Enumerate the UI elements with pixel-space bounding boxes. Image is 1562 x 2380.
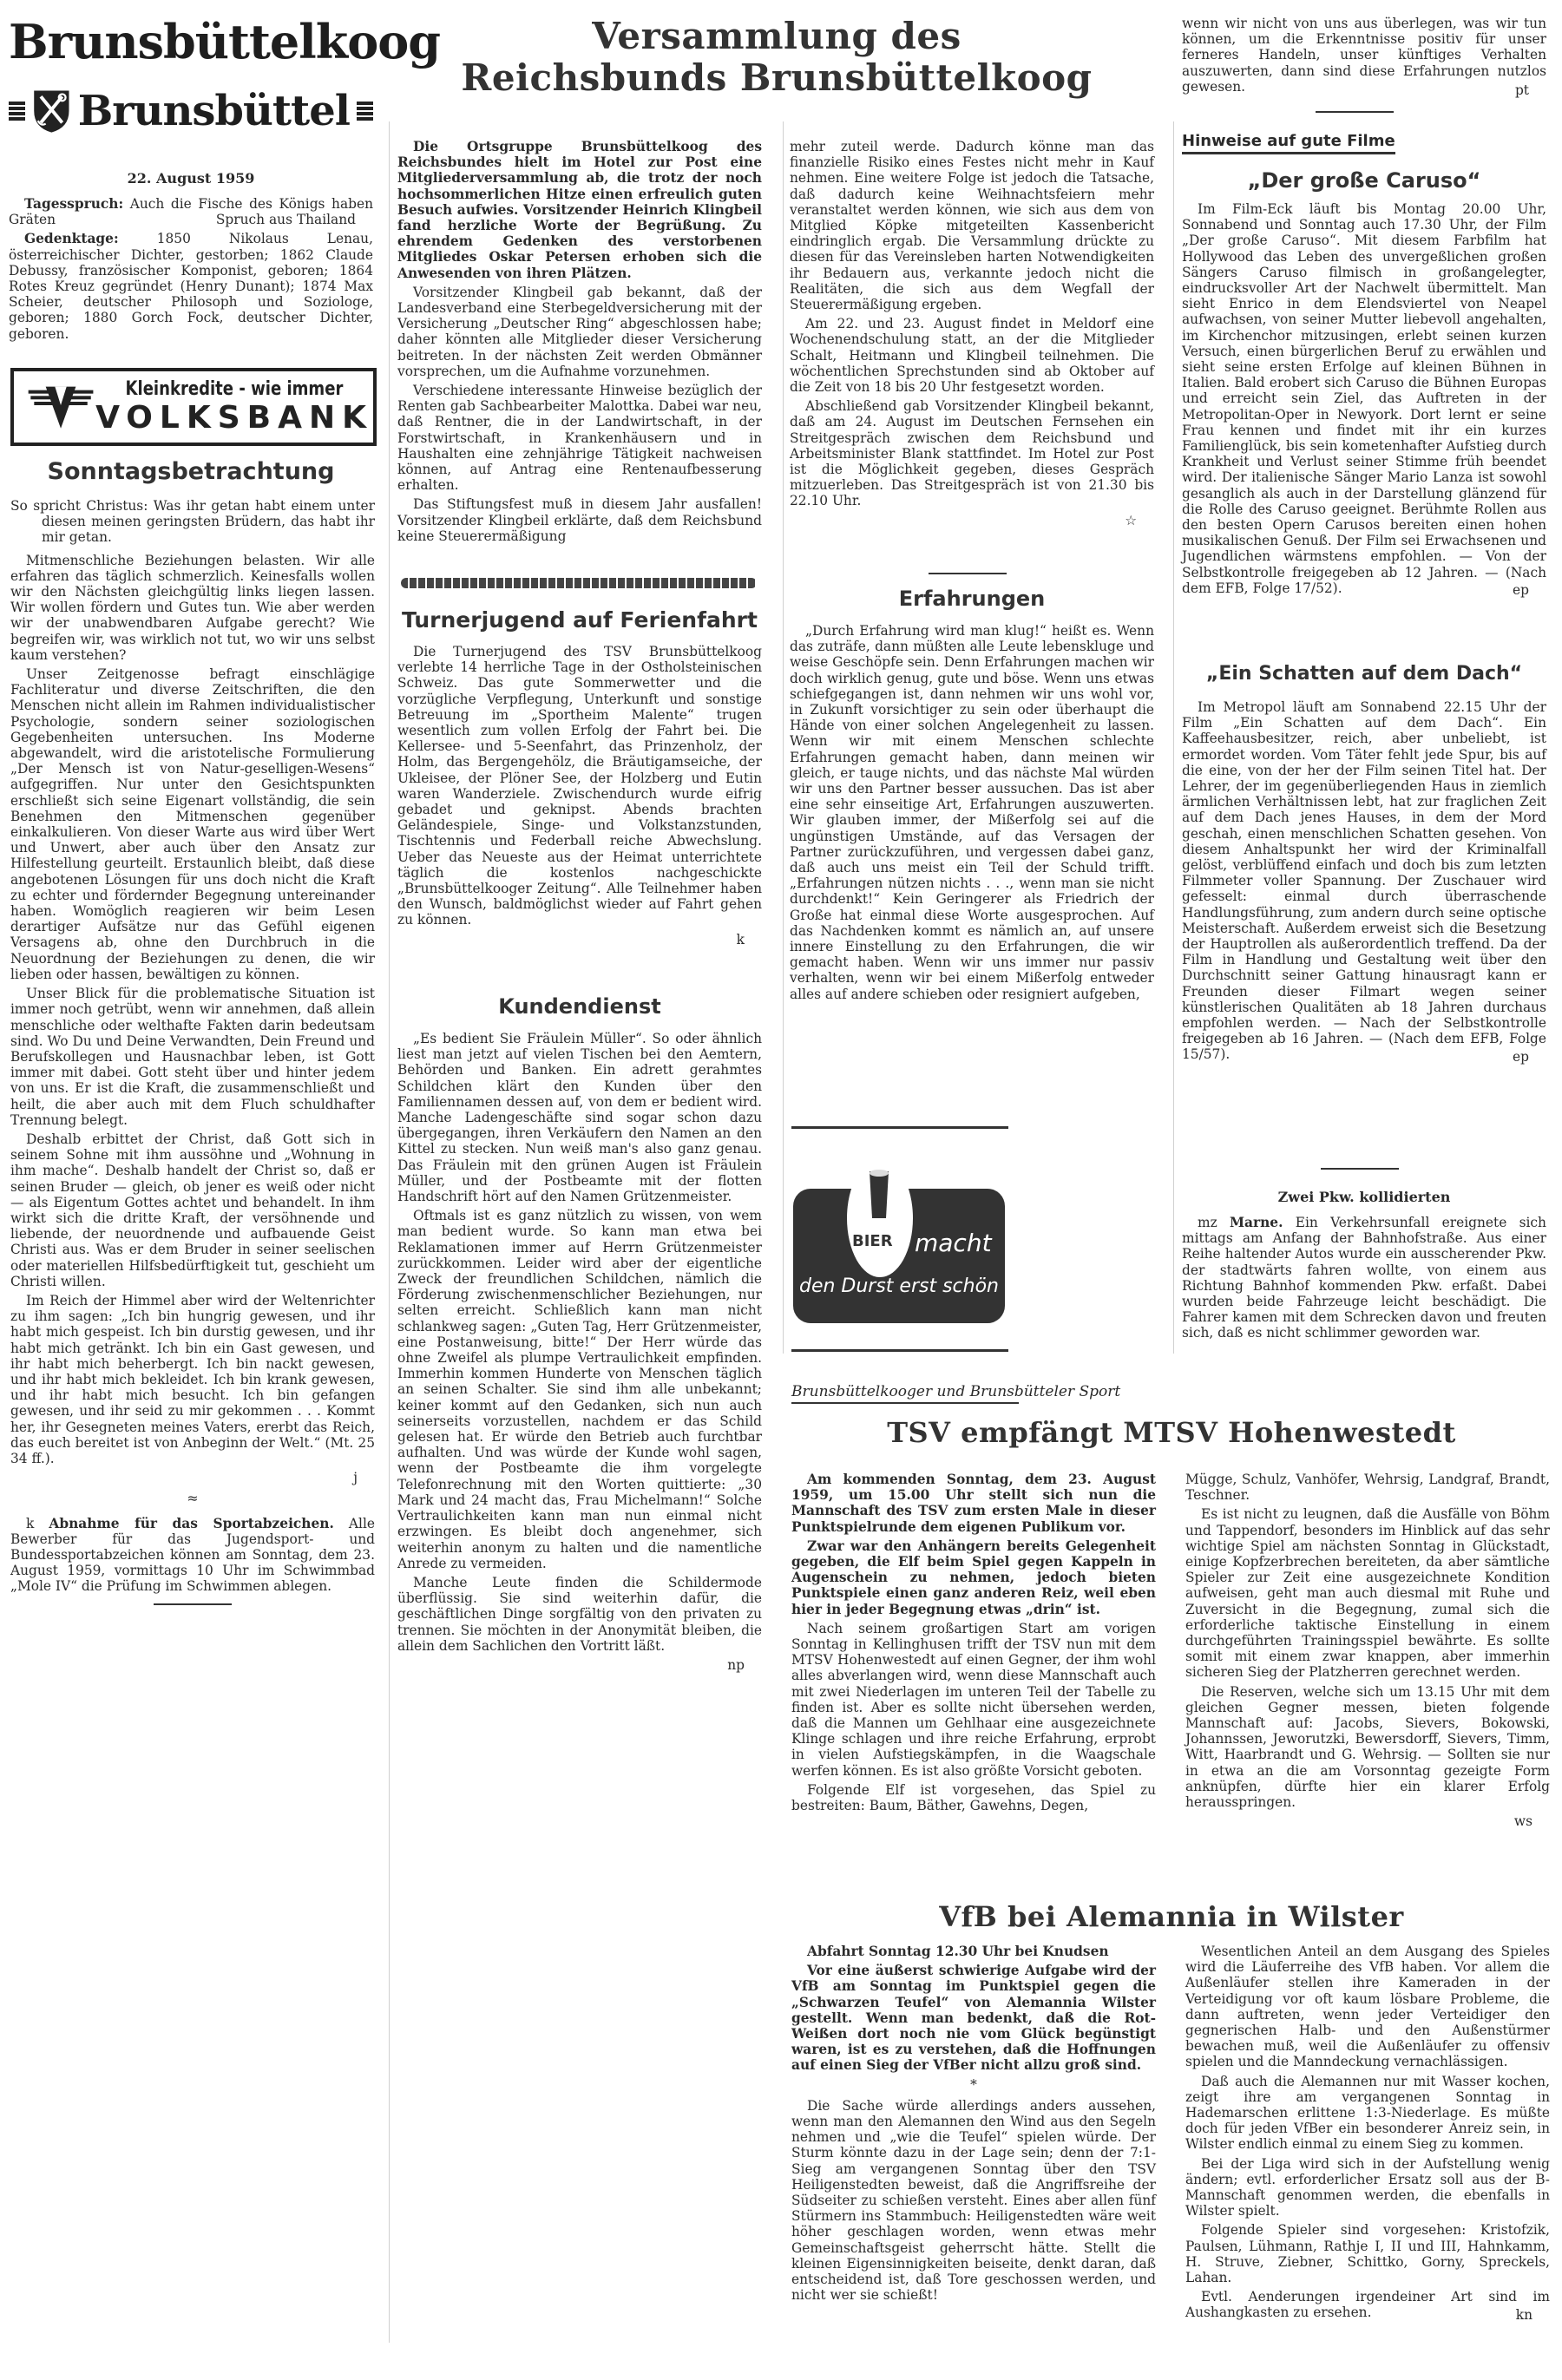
reichsbund-signature: ☆: [790, 513, 1154, 528]
tsv-article-col1: Am kommenden Sonntag, dem 23. August 195…: [791, 1472, 1156, 1817]
filme-section-title: Hinweise auf gute Filme: [1182, 132, 1395, 154]
divider: [791, 1126, 1008, 1129]
sonntag-paragraph: Deshalb erbittet der Christ, daß Gott si…: [10, 1131, 375, 1289]
vfb-lead: Vor eine äußerst schwierige Aufgabe wird…: [791, 1963, 1156, 2073]
volksbank-logo-icon: [26, 373, 95, 441]
ad-volksbank: Kleinkredite - wie immer VOLKSBANK: [10, 368, 377, 446]
gedenktage-label: Gedenktage:: [24, 231, 119, 246]
tsv-lead: Am kommenden Sonntag, dem 23. August 195…: [791, 1472, 1156, 1535]
turnerjugend-text: Die Turnerjugend des TSV Brunsbüttelkoog…: [397, 644, 762, 928]
tagesspruch-label: Tagesspruch:: [24, 196, 123, 212]
coat-of-arms-icon: [32, 71, 71, 151]
sonntag-title: Sonntagsbetrachtung: [9, 458, 373, 485]
sonntag-paragraph: Unser Zeitgenosse befragt einschlägige F…: [10, 666, 375, 982]
sportabzeichen-prefix: k: [26, 1516, 34, 1531]
kundendienst-paragraph: Oftmals ist es ganz nützlich zu wissen, …: [397, 1208, 762, 1571]
turnerjugend-signature: k: [397, 932, 762, 947]
kundendienst-title: Kundendienst: [397, 994, 762, 1019]
film1-title: „Der große Caruso“: [1182, 168, 1546, 193]
divider: [791, 1349, 1008, 1352]
sport-section-title: Brunsbüttelkooger und Brunsbütteler Spor…: [791, 1383, 1019, 1404]
reichsbund-paragraph: mehr zuteil werde. Dadurch könne man das…: [790, 139, 1154, 312]
masthead-line2: Brunsbüttel: [78, 87, 350, 135]
pkw-title: Zwei Pkw. kollidierten: [1182, 1189, 1546, 1205]
column-divider: [1173, 121, 1174, 1354]
reichsbund-lead: Die Ortsgruppe Brunsbüttelkoog des Reich…: [397, 139, 762, 281]
erfahrungen-article: „Durch Erfahrung wird man klug!“ heißt e…: [790, 623, 1154, 1006]
kundendienst-signature: np: [397, 1657, 762, 1673]
sonntag-paragraph: Im Reich der Himmel aber wird der Welten…: [10, 1293, 375, 1466]
reichsbund-paragraph: Am 22. und 23. August findet in Meldorf …: [790, 316, 1154, 395]
reichsbund-paragraph: Abschließend gab Vorsitzender Klingbeil …: [790, 398, 1154, 508]
erfahrungen-title: Erfahrungen: [790, 587, 1154, 611]
reichsbund-paragraph: Verschiedene interessante Hinweise bezüg…: [397, 383, 762, 493]
vfb-paragraph: Bei der Liga wird sich in der Aufstellun…: [1185, 2156, 1550, 2219]
ad-bier-badge: BIER: [852, 1232, 893, 1250]
reichsbund-title-line2: Reichsbunds Brunsbüttelkoog: [395, 57, 1158, 99]
gedenktage-text: 1850 Nikolaus Lenau, österreichischer Di…: [9, 231, 373, 341]
sonntag-quote: So spricht Christus: Was ihr getan habt …: [10, 498, 375, 546]
pkw-prefix: mz: [1198, 1215, 1217, 1230]
vfb-title: VfB bei Alemannia in Wilster: [790, 1900, 1553, 1933]
tsv-paragraph: Es ist nicht zu leugnen, daß die Ausfäll…: [1185, 1506, 1550, 1680]
turnerjugend-article: Die Turnerjugend des TSV Brunsbüttelkoog…: [397, 644, 762, 947]
wave-ornament-icon: ≈: [10, 1491, 375, 1506]
tsv-paragraph: Folgende Elf ist vorgesehen, das Spiel z…: [791, 1782, 1156, 1813]
sonntag-paragraph: Unser Blick für die problematische Situa…: [10, 986, 375, 1128]
volksbank-name: VOLKSBANK: [95, 400, 373, 436]
tsv-title: TSV empfängt MTSV Hohenwestedt: [790, 1416, 1553, 1449]
kundendienst-article: „Es bedient Sie Fräulein Müller“. So ode…: [397, 1031, 762, 1673]
vfb-article-col2: Wesentlichen Anteil an dem Ausgang des S…: [1185, 1944, 1550, 2323]
masthead: Brunsbüttelkoog Brunsbüttel: [9, 16, 373, 163]
film2-signature: ep: [1182, 1049, 1546, 1065]
film2-text: Im Metropol läuft am Sonnabend 22.15 Uhr…: [1182, 699, 1546, 1063]
issue-date: 22. August 1959: [9, 170, 373, 187]
vfb-star: *: [791, 2077, 1156, 2093]
divider: [1316, 111, 1394, 113]
film1-text: Im Film-Eck läuft bis Montag 20.00 Uhr, …: [1182, 201, 1546, 596]
column-divider: [783, 121, 784, 1354]
vfb-subhead: Abfahrt Sonntag 12.30 Uhr bei Knudsen: [791, 1944, 1156, 1959]
sonntag-signature: j: [10, 1470, 375, 1485]
film2-title: „Ein Schatten auf dem Dach“: [1182, 663, 1546, 685]
ornament-divider: [401, 578, 757, 588]
sonntag-article: So spricht Christus: Was ihr getan habt …: [10, 498, 375, 1605]
divider: [929, 573, 1007, 574]
turnerjugend-title: Turnerjugend auf Ferienfahrt: [397, 607, 762, 633]
film2-article: Im Metropol läuft am Sonnabend 22.15 Uhr…: [1182, 699, 1546, 1065]
divider: [1321, 1168, 1399, 1170]
ad-bier-line1: macht: [915, 1229, 992, 1257]
erfahrungen-text: „Durch Erfahrung wird man klug!“ heißt e…: [790, 623, 1154, 1002]
tsv-signature: ws: [1185, 1813, 1550, 1829]
tsv-paragraph: Nach seinem großartigen Start am vorigen…: [791, 1621, 1156, 1779]
pkw-article: mz Marne. Ein Verkehrsunfall ereignete s…: [1182, 1215, 1546, 1345]
ad-bier-line2: den Durst erst schön: [798, 1275, 1000, 1297]
vfb-paragraph: Die Sache würde allerdings anders ausseh…: [791, 2098, 1156, 2304]
tsv-lead: Zwar war den Anhängern bereits Gelegenhe…: [791, 1538, 1156, 1617]
reichsbund-article-col2: Die Ortsgruppe Brunsbüttelkoog des Reich…: [397, 139, 762, 547]
reichsbund-paragraph: Vorsitzender Klingbeil gab bekannt, daß …: [397, 285, 762, 379]
pkw-text: Ein Verkehrsunfall ereignete sich mittag…: [1182, 1215, 1546, 1341]
beer-glass-icon: [866, 1168, 892, 1222]
kundendienst-paragraph: „Es bedient Sie Fräulein Müller“. So ode…: [397, 1031, 762, 1204]
tagesspruch: Tagesspruch: Auch die Fische des Königs …: [9, 196, 373, 345]
reichsbund-paragraph: Das Stiftungsfest muß in diesem Jahr aus…: [397, 496, 762, 544]
ribbon-right-icon: [357, 102, 373, 121]
volksbank-slogan: Kleinkredite - wie immer: [121, 378, 348, 400]
divider: [154, 1603, 232, 1605]
reichsbund-article-col3: mehr zuteil werde. Dadurch könne man das…: [790, 139, 1154, 528]
erfahrungen-article-col4: wenn wir nicht von uns aus überlegen, wa…: [1182, 16, 1546, 98]
tsv-article-col2: Mügge, Schulz, Vanhöfer, Wehrsig, Landgr…: [1185, 1472, 1550, 1829]
tagesspruch-source: Spruch aus Thailand: [200, 212, 373, 227]
sonntag-paragraph: Mitmenschliche Beziehungen belasten. Wir…: [10, 553, 375, 663]
pkw-place: Marne.: [1230, 1215, 1283, 1230]
sportabzeichen-title: Abnahme für das Sportabzeichen.: [49, 1516, 333, 1531]
vfb-paragraph: Daß auch die Alemannen nur mit Wasser ko…: [1185, 2074, 1550, 2153]
ribbon-left-icon: [9, 102, 25, 121]
vfb-paragraph: Folgende Spieler sind vorgesehen: Kristo…: [1185, 2222, 1550, 2285]
column-divider: [389, 121, 390, 2343]
reichsbund-title: Versammlung des Reichsbunds Brunsbüttelk…: [395, 16, 1158, 99]
masthead-line1: Brunsbüttelkoog: [9, 16, 373, 68]
vfb-article-col1: Abfahrt Sonntag 12.30 Uhr bei Knudsen Vo…: [791, 1944, 1156, 2306]
tsv-paragraph: Die Reserven, welche sich um 13.15 Uhr m…: [1185, 1684, 1550, 1811]
ad-bier: BIER macht den Durst erst schön: [793, 1189, 1005, 1323]
tsv-paragraph: Mügge, Schulz, Vanhöfer, Wehrsig, Landgr…: [1185, 1472, 1550, 1503]
kundendienst-paragraph: Manche Leute finden die Schildermode übe…: [397, 1575, 762, 1654]
vfb-paragraph: Wesentlichen Anteil an dem Ausgang des S…: [1185, 1944, 1550, 2070]
film1-article: Im Film-Eck läuft bis Montag 20.00 Uhr, …: [1182, 201, 1546, 598]
reichsbund-title-line1: Versammlung des: [395, 16, 1158, 57]
